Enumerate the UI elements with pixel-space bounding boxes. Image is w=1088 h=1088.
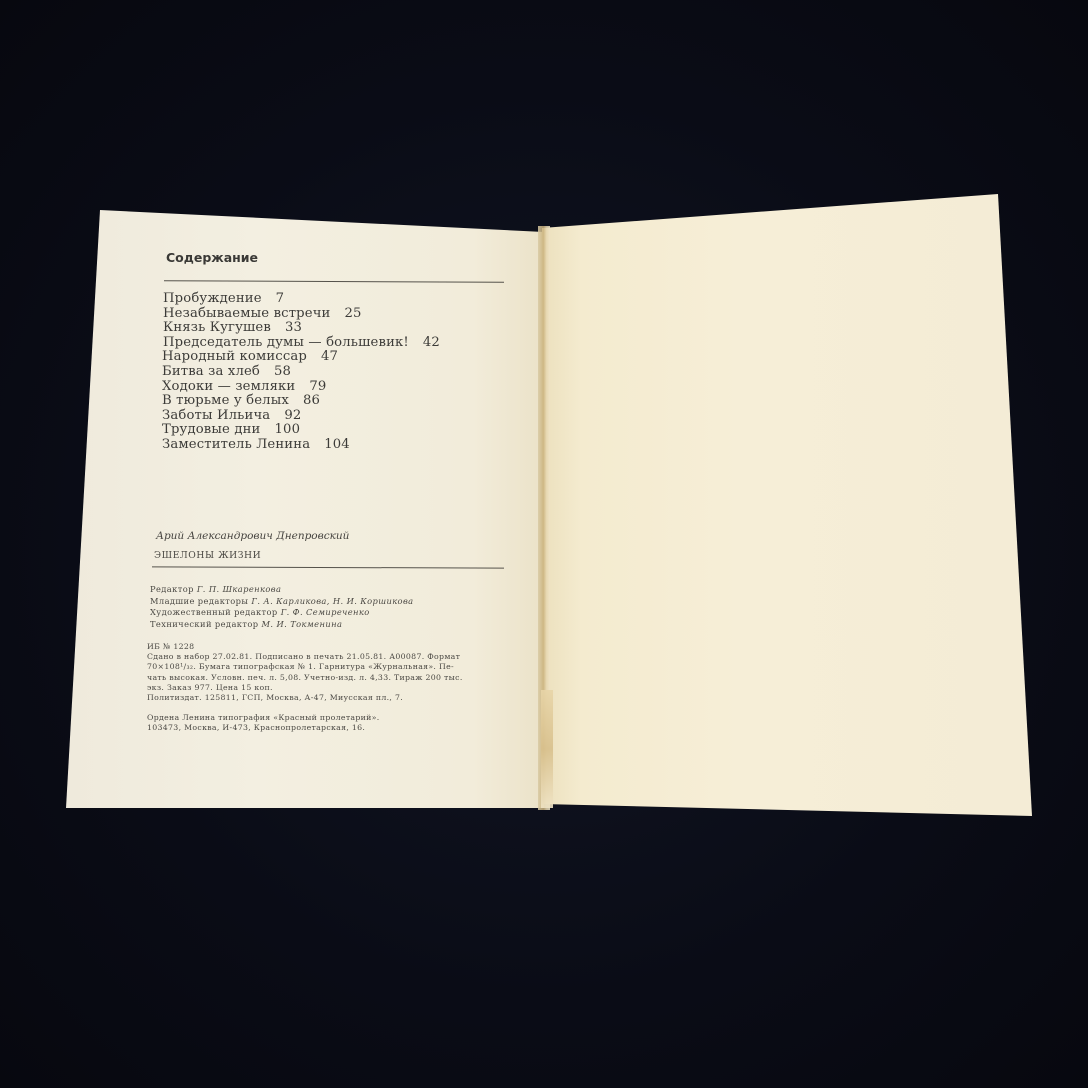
credit-role: Технический редактор [150,619,258,629]
toc-entry: Незабываемые встречи25 [163,307,440,322]
toc-entry-page: 86 [303,393,320,408]
toc-entry: Председатель думы — большевик!42 [163,336,440,351]
toc-entry-title: Председатель думы — большевик! [163,335,409,350]
toc-entry-title: Князь Кугушев [163,320,271,335]
toc-entry-page: 47 [321,349,338,364]
toc-entry-page: 58 [274,364,291,379]
credit-person: Г. Ф. Семиреченко [281,607,370,617]
toc-entry: Пробуждение7 [163,292,440,307]
imprint-line: 70×108¹/₃₂. Бумага типографская № 1. Гар… [147,662,507,672]
credit-line: Технический редактор М. И. Токменина [150,619,414,631]
toc-entry: Князь Кугушев33 [163,321,440,336]
toc-entry-page: 79 [309,379,326,394]
toc-entry-page: 100 [274,422,300,437]
toc-entry-page: 42 [423,335,440,350]
toc-entry-title: Пробуждение [163,291,262,306]
credit-role: Редактор [150,584,194,594]
credit-person: Г. П. Шкаренкова [197,584,281,594]
toc-entry-title: Ходоки — земляки [162,379,295,394]
imprint-line: экз. Заказ 977. Цена 15 коп. [147,683,507,693]
author-name: Арий Александрович Днепровский [156,530,349,542]
ib-number: ИБ № 1228 [147,642,507,652]
credit-role: Младшие редакторы [150,596,248,606]
publisher-address: Политиздат. 125811, ГСП, Москва, А-47, М… [147,693,403,702]
printer-line: 103473, Москва, И-473, Краснопролетарска… [147,723,380,733]
toc-entry-page: 7 [276,291,285,306]
right-page-blank [542,194,1032,818]
toc-entry-page: 33 [285,320,302,335]
printer-info: Ордена Ленина типография «Красный пролет… [147,713,380,733]
toc-entry-title: Битва за хлеб [162,364,260,379]
toc-entry-title: Заместитель Ленина [162,437,310,452]
toc-entry-title: Незабываемые встречи [163,306,331,321]
imprint-block: ИБ № 1228 Сдано в набор 27.02.81. Подпис… [147,642,507,693]
torn-spine-edge [541,690,553,808]
toc-entry-page: 92 [284,408,301,423]
toc-entry: Трудовые дни100 [162,423,440,438]
imprint-line: Сдано в набор 27.02.81. Подписано в печа… [147,652,507,662]
toc-entry: Заботы Ильича92 [162,409,440,424]
toc-heading: Содержание [166,250,258,265]
toc-entry-title: Заботы Ильича [162,408,270,423]
credit-line: Младшие редакторы Г. А. Карликова, Н. И.… [150,596,414,608]
table-of-contents: Пробуждение7 Незабываемые встречи25 Княз… [163,292,440,453]
toc-entry-title: В тюрьме у белых [162,393,289,408]
editorial-credits: Редактор Г. П. Шкаренкова Младшие редакт… [150,584,414,630]
toc-entry-title: Народный комиссар [162,349,307,364]
toc-entry: Народный комиссар47 [162,350,440,365]
credit-line: Художественный редактор Г. Ф. Семиреченк… [150,607,414,619]
printer-line: Ордена Ленина типография «Красный пролет… [147,713,380,723]
imprint-line: чать высокая. Условн. печ. л. 5,08. Учет… [147,673,507,683]
credit-role: Художественный редактор [150,607,278,617]
toc-entry: Ходоки — земляки79 [162,380,440,395]
credit-person: М. И. Токменина [262,619,343,629]
book-title: ЭШЕЛОНЫ ЖИЗНИ [154,550,261,561]
toc-entry: Битва за хлеб58 [162,365,440,380]
credit-line: Редактор Г. П. Шкаренкова [150,584,414,596]
toc-entry-title: Трудовые дни [162,422,260,437]
credit-person: Г. А. Карликова, Н. И. Коршикова [251,596,413,606]
toc-entry: В тюрьме у белых86 [162,394,440,409]
toc-entry-page: 25 [345,306,362,321]
toc-entry-page: 104 [324,437,350,452]
toc-entry: Заместитель Ленина104 [162,438,440,453]
